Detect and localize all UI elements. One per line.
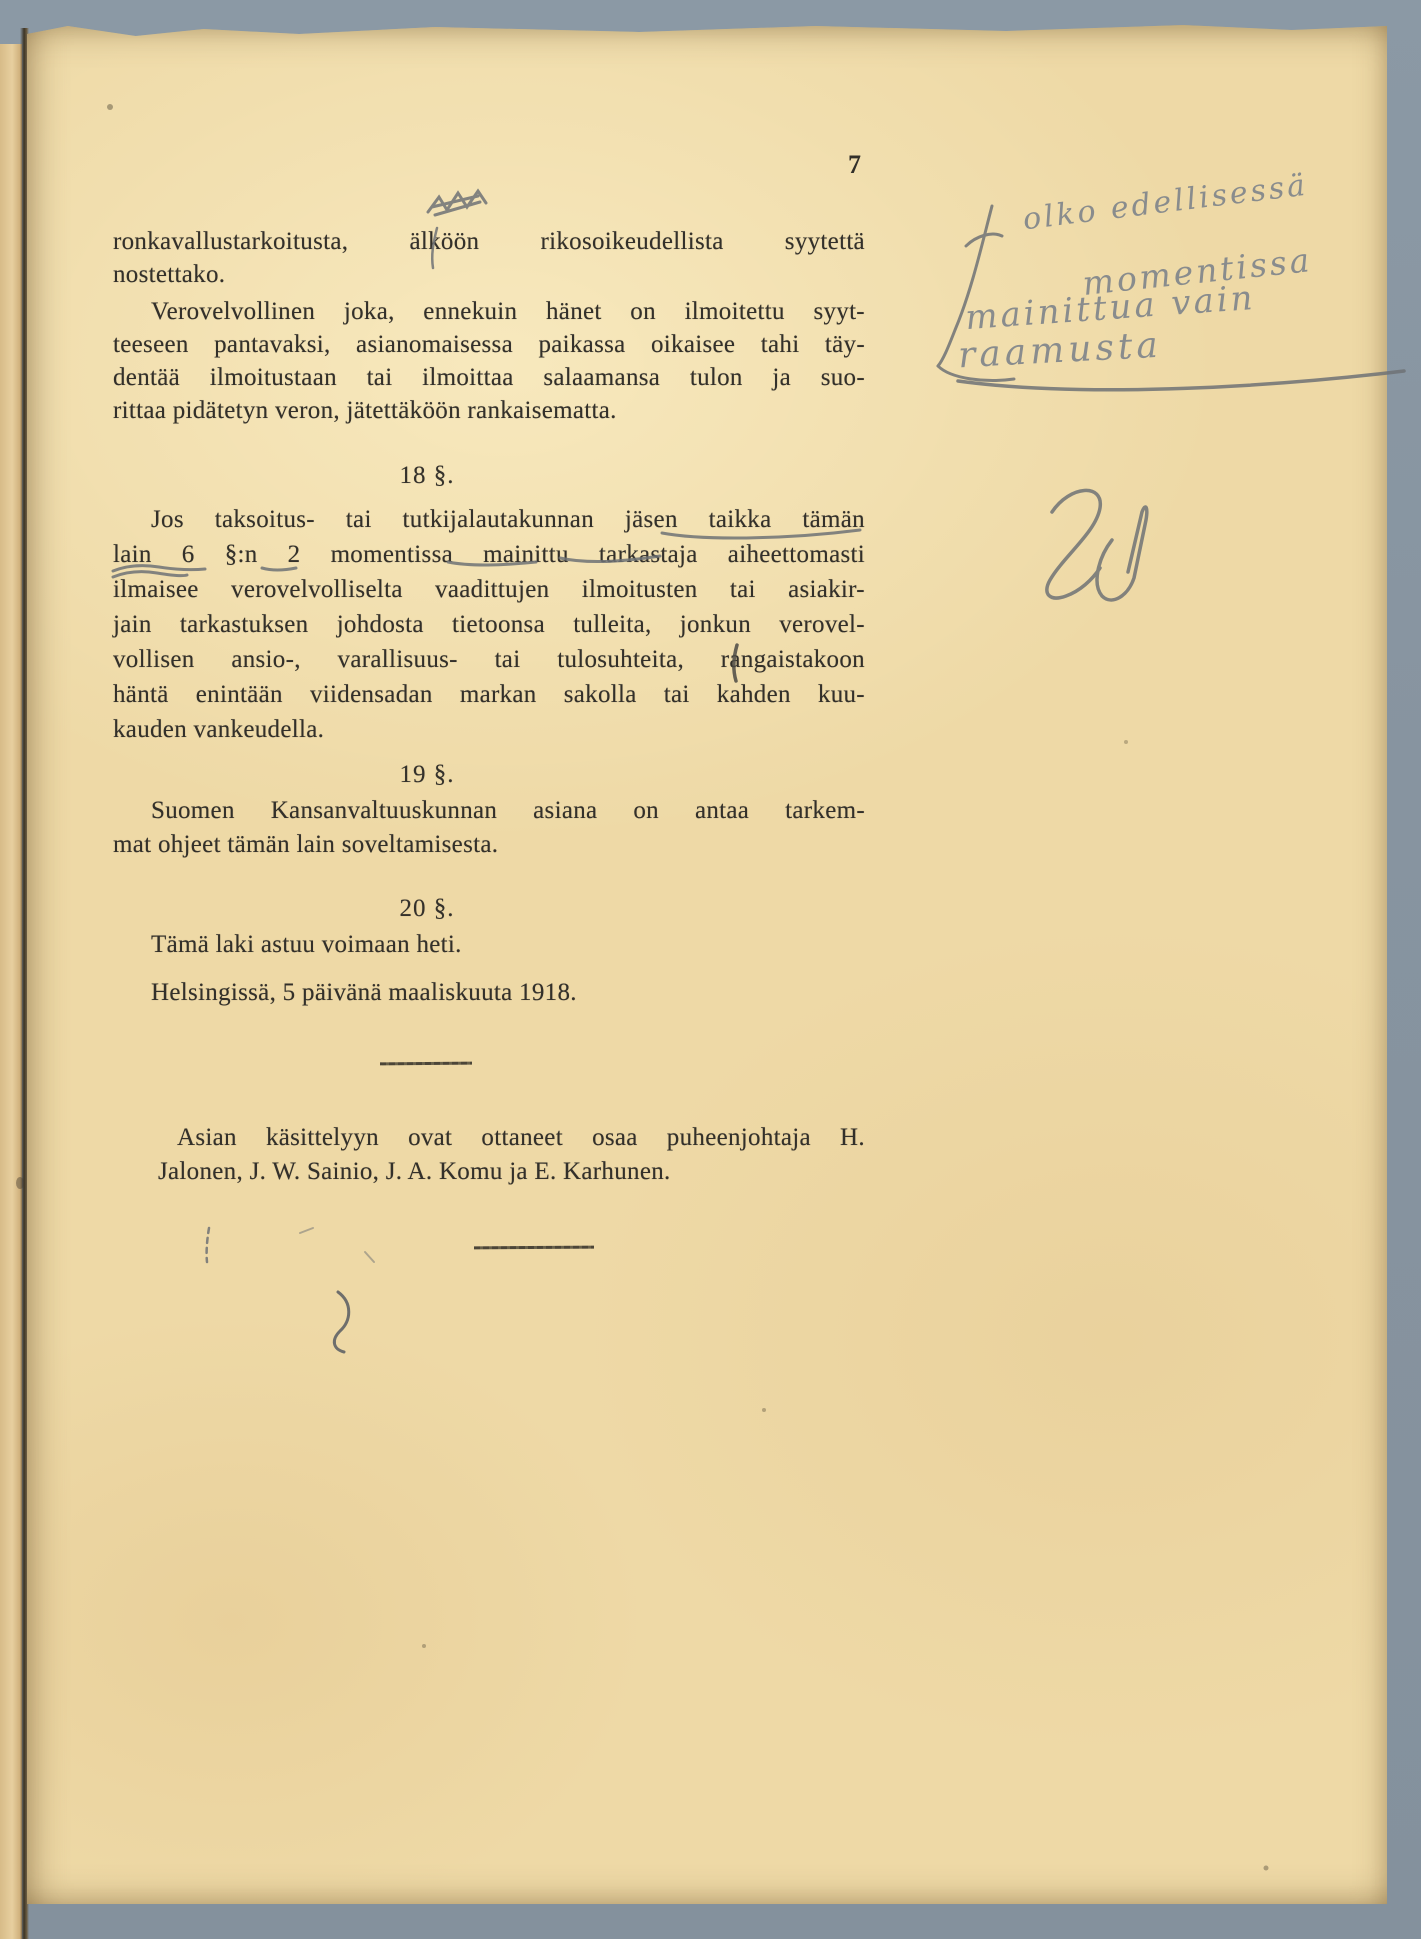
scribble-correction — [428, 191, 486, 215]
paper-specks — [16, 104, 1269, 1871]
pencil-annotations-overlay — [0, 0, 1421, 1939]
underline-tarkastaja — [560, 556, 660, 562]
underline-lain-6 — [113, 566, 205, 571]
note-brace-mark — [938, 206, 992, 366]
small-tick-mark — [300, 1228, 313, 1233]
underline-mainittu — [448, 562, 536, 565]
margin-scribble-loop — [1047, 490, 1100, 598]
underline-taman — [662, 530, 860, 538]
small-tick-mark-2 — [365, 1252, 374, 1262]
note-underline — [958, 371, 1404, 390]
underline-2 — [262, 568, 296, 570]
margin-scribble-tail — [1097, 507, 1147, 600]
dotted-margin-mark — [207, 1228, 209, 1262]
note-brace-hook — [938, 366, 1014, 380]
underline-ilmaisee — [113, 572, 187, 577]
scanned-document: 7 ronkavallustarkoitusta,älköönrikosoike… — [0, 0, 1421, 1939]
rangaistakoon-mark — [734, 645, 737, 681]
insertion-caret — [432, 228, 437, 268]
pen-flourish — [334, 1292, 348, 1352]
